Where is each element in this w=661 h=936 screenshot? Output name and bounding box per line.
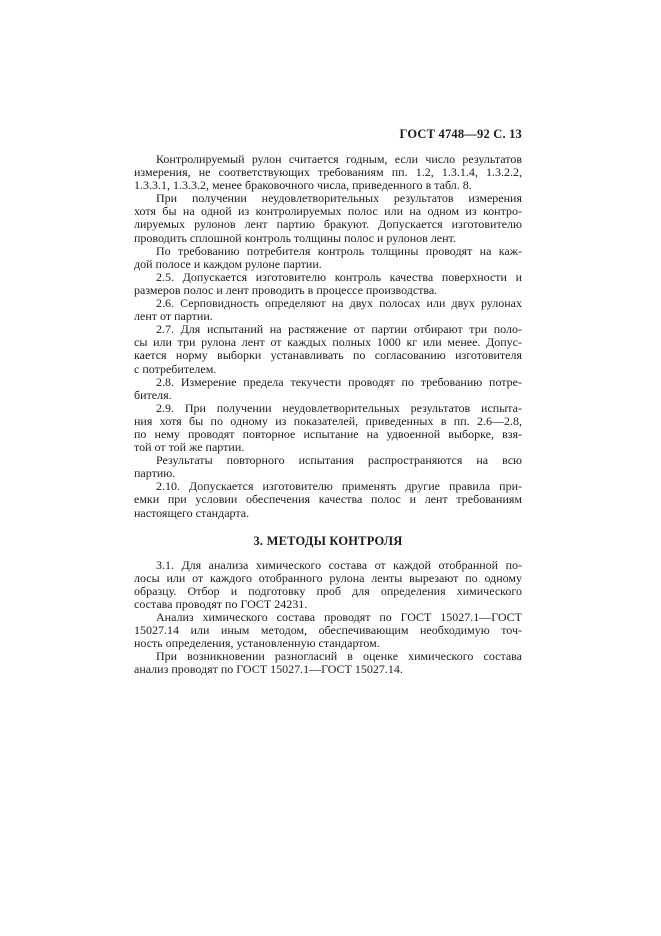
text-line: емки при условии обеспечения качества по… xyxy=(134,493,522,506)
text-line: По требованию потребителя контроль толщи… xyxy=(134,245,522,258)
text-line: 2.5. Допускается изготовителю контроль к… xyxy=(134,271,522,284)
paragraph: 2.7. Для испытаний на растяжение от парт… xyxy=(134,323,522,375)
text-line: образцу. Отбор и подготовку проб для опр… xyxy=(134,585,522,598)
text-line: ния хотя бы по одному из показателей, пр… xyxy=(134,415,522,428)
text-line: кается норму выборки устанавливать по со… xyxy=(134,349,522,362)
section-heading: 3. МЕТОДЫ КОНТРОЛЯ xyxy=(134,534,522,548)
paragraph: 2.5. Допускается изготовителю контроль к… xyxy=(134,271,522,297)
paragraph: Результаты повторного испытания распрост… xyxy=(134,454,522,480)
paragraph: Контролируемый рулон считается годным, е… xyxy=(134,153,522,192)
page-header: ГОСТ 4748—92 С. 13 xyxy=(134,127,522,141)
text-line: анализ проводят по ГОСТ 15027.1—ГОСТ 150… xyxy=(134,663,522,676)
text-line: настоящего стандарта. xyxy=(134,507,522,520)
text-line: лируемых рулонов лент партию бракуют. До… xyxy=(134,218,522,231)
paragraph: 2.10. Допускается изготовителю применять… xyxy=(134,480,522,519)
text-line: лосы или от каждого отобранного рулона л… xyxy=(134,572,522,585)
paragraph: 2.8. Измерение предела текучести проводя… xyxy=(134,376,522,402)
text-line: 3.1. Для анализа химического состава от … xyxy=(134,559,522,572)
text-line: дой полосе и каждом рулоне партии. xyxy=(134,258,522,271)
paragraph: 3.1. Для анализа химического состава от … xyxy=(134,559,522,677)
document-page: ГОСТ 4748—92 С. 13 Контролируемый рулон … xyxy=(0,0,661,936)
paragraph: 2.6. Серповидность определяют на двух по… xyxy=(134,297,522,323)
paragraph: При получении неудовлетворительных резул… xyxy=(134,192,522,244)
text-line: проводить сплошной контроль толщины поло… xyxy=(134,232,522,245)
text-line: с потребителем. xyxy=(134,363,522,376)
text-line: Результаты повторного испытания распрост… xyxy=(134,454,522,467)
paragraph: По требованию потребителя контроль толщи… xyxy=(134,245,522,271)
text-line: 2.8. Измерение предела текучести проводя… xyxy=(134,376,522,389)
paragraph: 2.9. При получении неудовлетворительных … xyxy=(134,402,522,454)
text-line: 2.9. При получении неудовлетворительных … xyxy=(134,402,522,415)
text-line: бителя. xyxy=(134,389,522,402)
document-body: Контролируемый рулон считается годным, е… xyxy=(134,153,522,676)
